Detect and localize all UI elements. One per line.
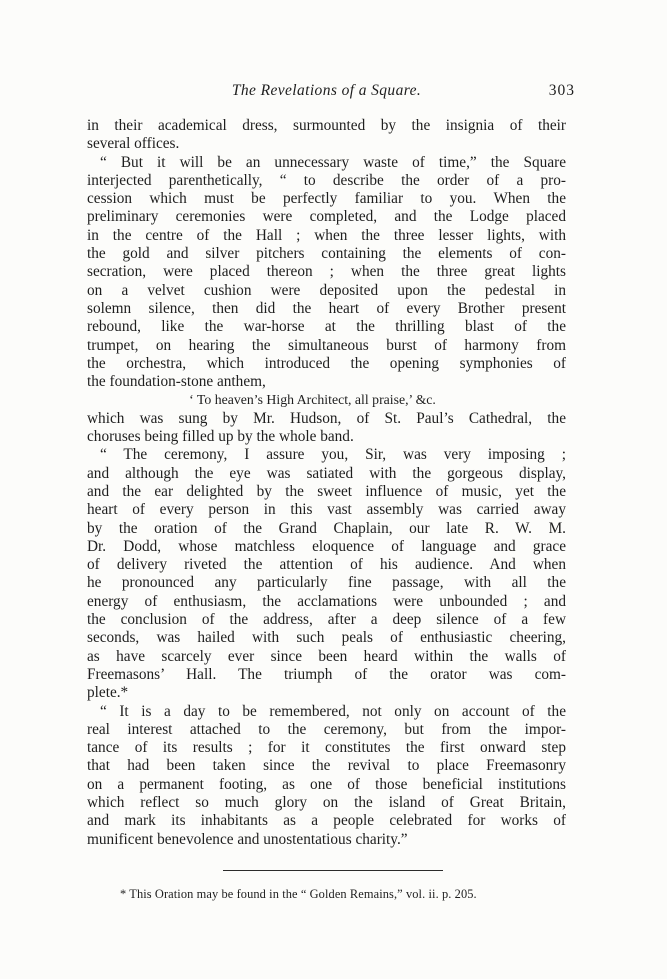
text-line: interjected parenthetically, “ to descri…: [87, 172, 566, 190]
text-line: on a velvet cushion were deposited upon …: [87, 282, 566, 300]
text-line: munificent benevolence and unostentatiou…: [87, 831, 566, 849]
running-header: The Revelations of a Square. 303: [87, 82, 566, 102]
text-line: and mark its inhabitants as a people cel…: [87, 812, 566, 830]
text-line: and although the eye was satiated with t…: [87, 465, 566, 483]
text-line: “ It is a day to be remembered, not only…: [87, 703, 566, 721]
text-line: heart of every person in this vast assem…: [87, 501, 566, 519]
text-line: the orchestra, which introduced the open…: [87, 355, 566, 373]
footnote: * This Oration may be found in the “ Gol…: [87, 886, 566, 902]
page-number: 303: [549, 82, 575, 100]
text-line: he pronounced any particularly fine pass…: [87, 574, 566, 592]
footnote-separator: [223, 870, 443, 871]
running-title: The Revelations of a Square.: [87, 82, 566, 100]
text-line: rebound, like the war-horse at the thril…: [87, 318, 566, 336]
book-page: The Revelations of a Square. 303 in thei…: [0, 0, 667, 979]
text-line: real interest attached to the ceremony, …: [87, 721, 566, 739]
text-line: “ But it will be an unnecessary waste of…: [87, 154, 566, 172]
text-line: that had been taken since the revival to…: [87, 757, 566, 775]
text-line: secration, were placed thereon ; when th…: [87, 263, 566, 281]
text-line: which was sung by Mr. Hudson, of St. Pau…: [87, 410, 566, 428]
text-line: the foundation-stone anthem,: [87, 373, 566, 391]
text-line: the conclusion of the address, after a d…: [87, 611, 566, 629]
text-line: in the centre of the Hall ; when the thr…: [87, 227, 566, 245]
text-line: Dr. Dodd, whose matchless eloquence of l…: [87, 538, 566, 556]
text-line: in their academical dress, surmounted by…: [87, 117, 566, 135]
text-line: which reflect so much glory on the islan…: [87, 794, 566, 812]
text-line: cession which must be perfectly familiar…: [87, 190, 566, 208]
text-line: solemn silence, then did the heart of ev…: [87, 300, 566, 318]
text-line: as have scarcely ever since been heard w…: [87, 648, 566, 666]
page-body: in their academical dress, surmounted by…: [87, 117, 566, 849]
text-line: trumpet, on hearing the simultaneous bur…: [87, 337, 566, 355]
text-line: the gold and silver pitchers containing …: [87, 245, 566, 263]
verse-line: ‘ To heaven’s High Architect, all praise…: [87, 391, 566, 409]
text-block: The Revelations of a Square. 303 in thei…: [87, 82, 566, 902]
text-line: choruses being filled up by the whole ba…: [87, 428, 566, 446]
text-line: seconds, was hailed with such peals of e…: [87, 629, 566, 647]
text-line: energy of enthusiasm, the acclamations w…: [87, 593, 566, 611]
text-line: by the oration of the Grand Chaplain, ou…: [87, 520, 566, 538]
text-line: and the ear delighted by the sweet influ…: [87, 483, 566, 501]
text-line: of delivery riveted the attention of his…: [87, 556, 566, 574]
text-line: several offices.: [87, 135, 566, 153]
text-line: “ The ceremony, I assure you, Sir, was v…: [87, 446, 566, 464]
text-line: on a permanent footing, as one of those …: [87, 776, 566, 794]
text-line: plete.*: [87, 684, 566, 702]
text-line: tance of its results ; for it constitute…: [87, 739, 566, 757]
footnote-section: * This Oration may be found in the “ Gol…: [87, 870, 566, 902]
text-line: preliminary ceremonies were completed, a…: [87, 208, 566, 226]
text-line: Freemasons’ Hall. The triumph of the ora…: [87, 666, 566, 684]
